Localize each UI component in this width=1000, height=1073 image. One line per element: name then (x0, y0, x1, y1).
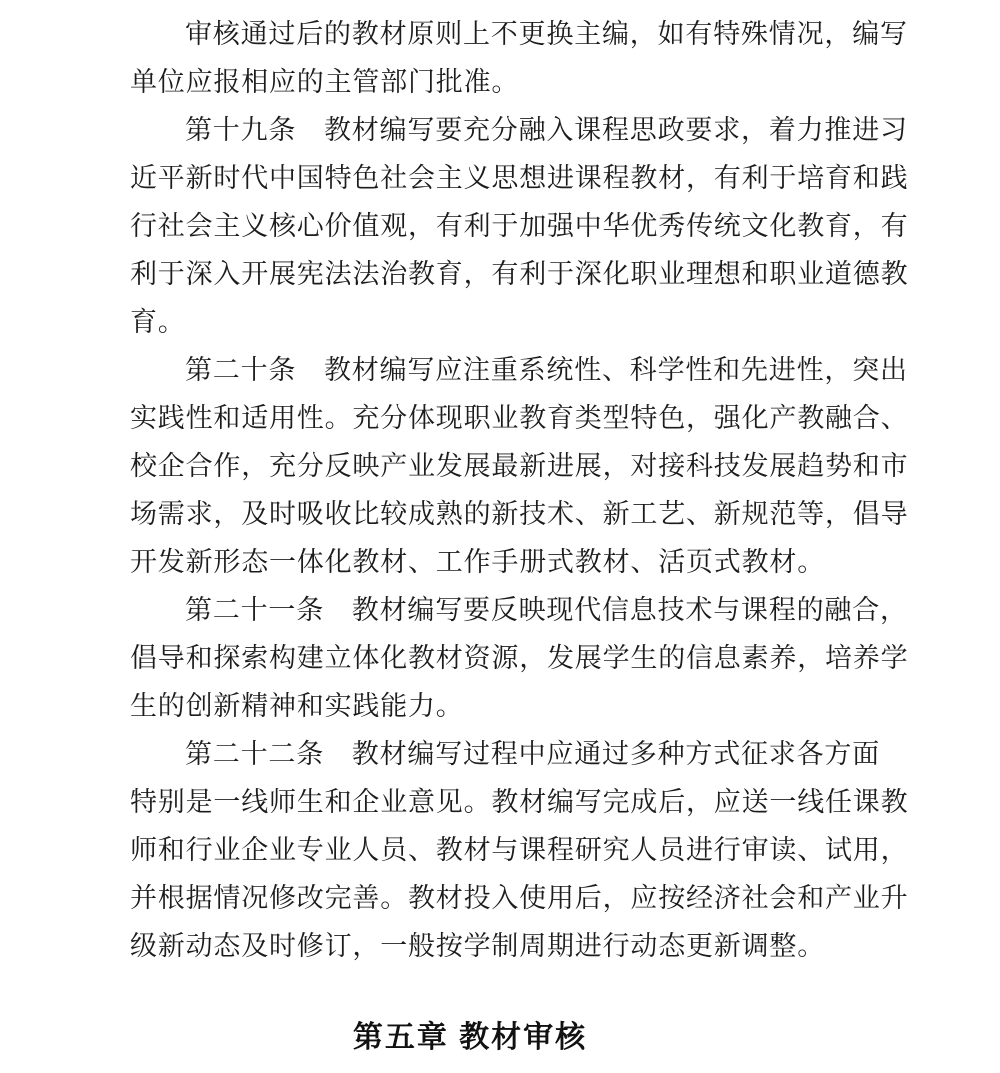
text-line: 师和行业企业专业人员、教材与课程研究人员进行审读、试用， (130, 826, 878, 874)
chapter-heading: 第五章 教材审核 (95, 1016, 845, 1060)
text-line: 并根据情况修改完善。教材投入使用后，应按经济社会和产业升 (130, 874, 878, 922)
text-line: 开发新形态一体化教材、工作手册式教材、活页式教材。 (130, 538, 878, 586)
text-line: 第二十二条 教材编写过程中应通过多种方式征求各方面 (130, 730, 878, 778)
text-line: 第二十条 教材编写应注重系统性、科学性和先进性，突出 (130, 346, 878, 394)
text-line: 近平新时代中国特色社会主义思想进课程教材，有利于培育和践 (130, 154, 878, 202)
text-line: 利于深入开展宪法法治教育，有利于深化职业理想和职业道德教 (130, 250, 878, 298)
text-line: 育。 (130, 298, 878, 346)
document-page: 审核通过后的教材原则上不更换主编，如有特殊情况，编写单位应报相应的主管部门批准。… (0, 0, 1000, 1073)
text-line: 倡导和探索构建立体化教材资源，发展学生的信息素养，培养学 (130, 634, 878, 682)
text-line: 级新动态及时修订，一般按学制周期进行动态更新调整。 (130, 922, 878, 970)
paragraph-3: 第二十条 教材编写应注重系统性、科学性和先进性，突出实践性和适用性。充分体现职业… (130, 346, 878, 586)
text-line: 特别是一线师生和企业意见。教材编写完成后，应送一线任课教 (130, 778, 878, 826)
document-body: 审核通过后的教材原则上不更换主编，如有特殊情况，编写单位应报相应的主管部门批准。… (130, 10, 878, 970)
text-line: 单位应报相应的主管部门批准。 (130, 58, 878, 106)
text-line: 实践性和适用性。充分体现职业教育类型特色，强化产教融合、 (130, 394, 878, 442)
text-line: 行社会主义核心价值观，有利于加强中华优秀传统文化教育，有 (130, 202, 878, 250)
paragraph-2: 第十九条 教材编写要充分融入课程思政要求，着力推进习近平新时代中国特色社会主义思… (130, 106, 878, 346)
text-line: 第十九条 教材编写要充分融入课程思政要求，着力推进习 (130, 106, 878, 154)
text-line: 生的创新精神和实践能力。 (130, 682, 878, 730)
paragraph-4: 第二十一条 教材编写要反映现代信息技术与课程的融合，倡导和探索构建立体化教材资源… (130, 586, 878, 730)
paragraph-1: 审核通过后的教材原则上不更换主编，如有特殊情况，编写单位应报相应的主管部门批准。 (130, 10, 878, 106)
text-line: 审核通过后的教材原则上不更换主编，如有特殊情况，编写 (130, 10, 878, 58)
text-line: 校企合作，充分反映产业发展最新进展，对接科技发展趋势和市 (130, 442, 878, 490)
text-line: 场需求，及时吸收比较成熟的新技术、新工艺、新规范等，倡导 (130, 490, 878, 538)
paragraph-5: 第二十二条 教材编写过程中应通过多种方式征求各方面特别是一线师生和企业意见。教材… (130, 730, 878, 970)
text-line: 第二十一条 教材编写要反映现代信息技术与课程的融合， (130, 586, 878, 634)
